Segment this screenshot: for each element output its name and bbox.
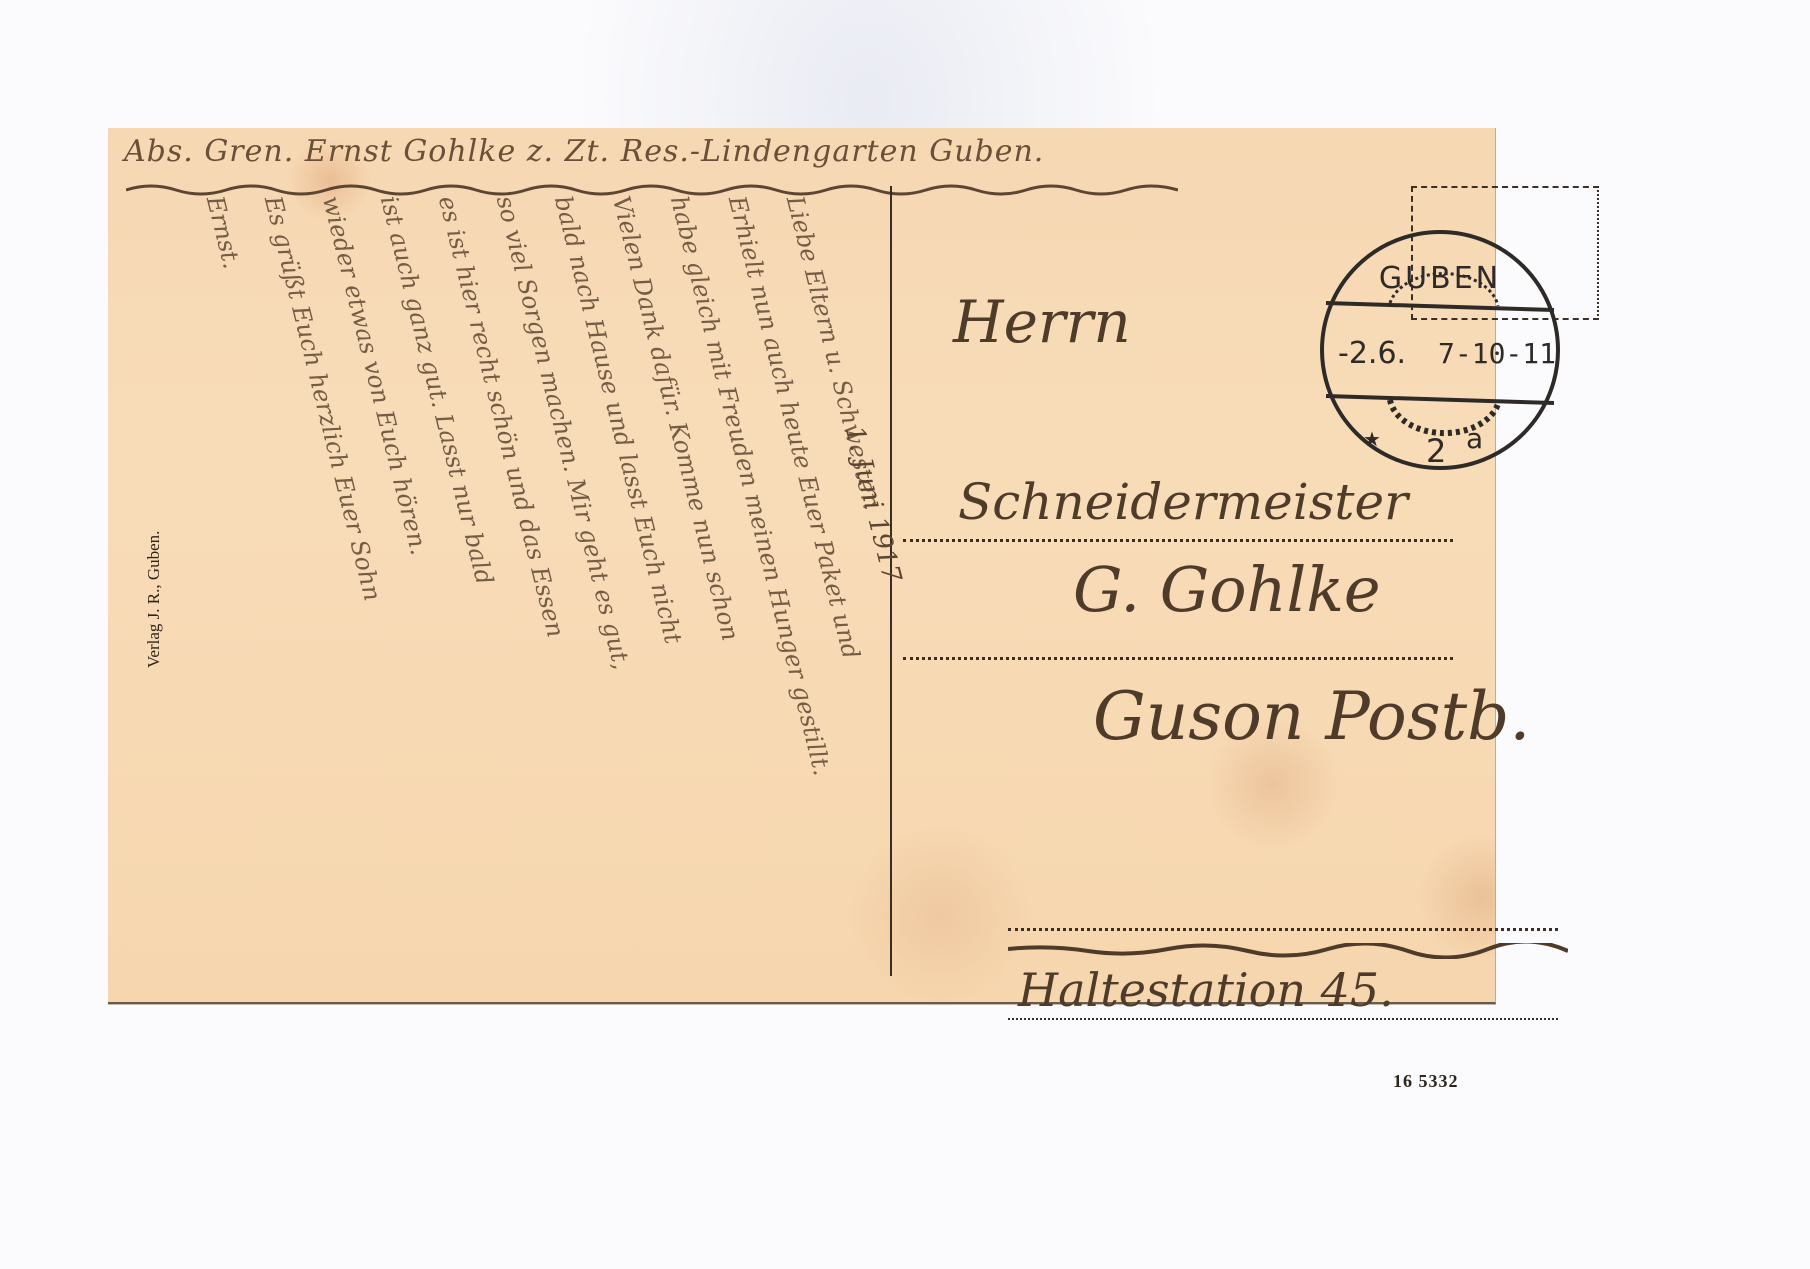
address-line-4: Haltestation 45. <box>1018 963 1394 1017</box>
svg-text:★: ★ <box>1363 427 1381 451</box>
message-line: Ernst. <box>201 193 246 272</box>
address-rule-4 <box>1008 1018 1558 1022</box>
sender-line: Abs. Gren. Ernst Gohlke z. Zt. Res.-Lind… <box>124 134 1044 169</box>
address-rule-3 <box>1008 928 1558 933</box>
message-date: 1. Juni 1917 <box>839 423 907 585</box>
svg-text:2: 2 <box>1426 432 1446 470</box>
svg-text:7-10-11 V.: 7-10-11 V. <box>1438 337 1573 370</box>
postcard: Abs. Gren. Ernst Gohlke z. Zt. Res.-Lind… <box>108 128 1496 1004</box>
address-underline <box>1008 943 1568 959</box>
print-number: 16 5332 <box>1393 1071 1459 1092</box>
address-line-1: Schneidermeister <box>958 473 1408 531</box>
svg-text:-2.6.: -2.6. <box>1338 336 1406 371</box>
postmark-icon: GUBEN -2.6. 7-10-11 V. ★ 2 a <box>1308 218 1573 483</box>
publisher-imprint: Verlag J. R., Guben. <box>144 531 164 668</box>
svg-text:a: a <box>1466 422 1483 455</box>
address-line-3: Guson Postb. <box>1093 678 1530 755</box>
address-rule-2 <box>903 657 1453 662</box>
svg-text:GUBEN: GUBEN <box>1379 261 1501 296</box>
address-line-2: G. Gohlke <box>1073 553 1381 626</box>
address-salutation: Herrn <box>953 288 1131 356</box>
address-rule-1 <box>903 539 1453 544</box>
